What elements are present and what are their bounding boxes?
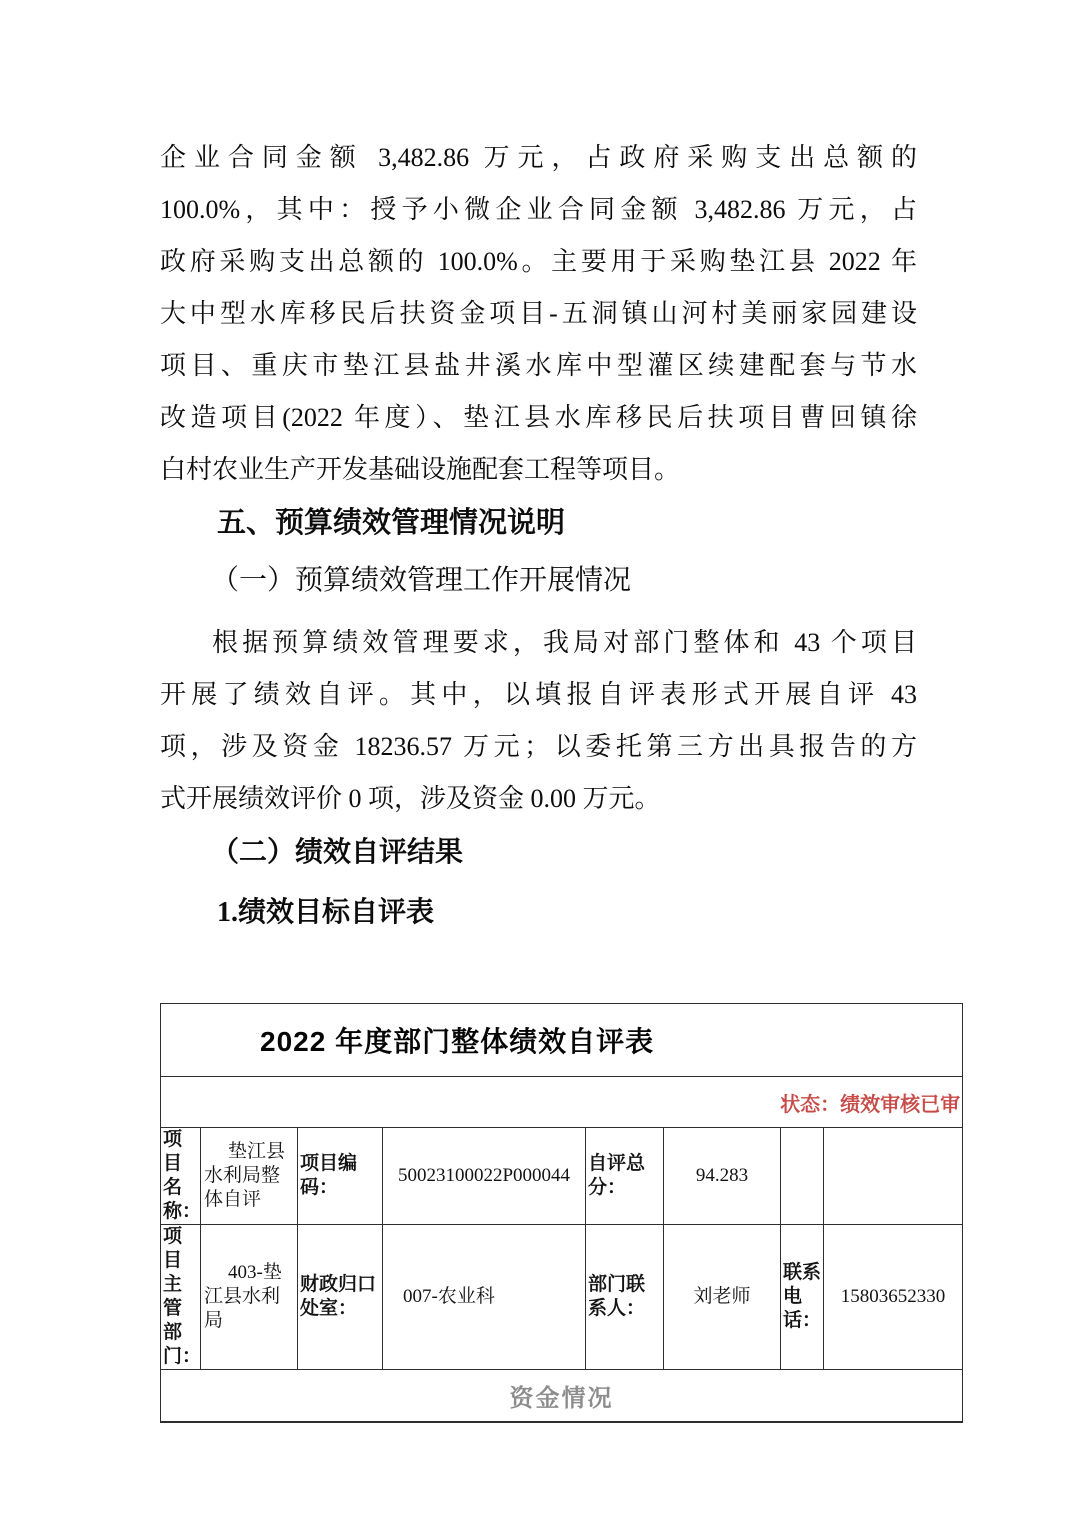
self-score-label: 自评总分：	[586, 1128, 664, 1225]
funds-section-cell: 资金情况	[161, 1370, 963, 1423]
finance-office-label: 财政归口处室：	[298, 1225, 383, 1370]
text-line: 项，涉及资金 18236.57 万元；以委托第三方出具报告的方	[160, 721, 917, 773]
text-line: 政府采购支出总额的 100.0%。主要用于采购垫江县 2022 年	[160, 236, 917, 288]
project-name-label: 项目名称：	[161, 1128, 201, 1225]
paragraph-performance-review: 根据预算绩效管理要求，我局对部门整体和 43 个项目 开展了绩效自评。其中，以填…	[160, 617, 917, 825]
heading-sub-2: （二）绩效自评结果	[160, 832, 463, 874]
text-line: 项目、重庆市垫江县盐井溪水库中型灌区续建配套与节水	[160, 340, 917, 392]
project-name-value: 垫江县水利局整体自评	[201, 1128, 298, 1225]
self-score-value: 94.283	[664, 1128, 781, 1225]
dept-contact-label: 部门联系人：	[586, 1225, 664, 1370]
text-line: 100.0%，其中：授予小微企业合同金额 3,482.86 万元，占	[160, 184, 917, 236]
finance-office-value: 007-农业科	[383, 1225, 586, 1370]
document-page: 企业合同金额 3,482.86 万元，占政府采购支出总额的 100.0%，其中：…	[0, 0, 1075, 1521]
supervising-dept-label: 项目主管部门：	[161, 1225, 201, 1370]
paragraph-procurement: 企业合同金额 3,482.86 万元，占政府采购支出总额的 100.0%，其中：…	[160, 132, 917, 496]
contact-phone-value: 15803652330	[824, 1225, 963, 1370]
table-title-cell: 2022 年度部门整体绩效自评表	[161, 1004, 963, 1077]
heading-item-1: 1.绩效目标自评表	[160, 892, 434, 934]
text-line: 改造项目(2022 年度）、垫江县水库移民后扶项目曹回镇徐	[160, 392, 917, 444]
dept-contact-value: 刘老师	[664, 1225, 781, 1370]
empty-cell	[781, 1128, 824, 1225]
project-code-label: 项目编码：	[298, 1128, 383, 1225]
heading-section-5: 五、预算绩效管理情况说明	[160, 502, 565, 544]
text-line: 大中型水库移民后扶资金项目-五洞镇山河村美丽家园建设	[160, 288, 917, 340]
text-line: 白村农业生产开发基础设施配套工程等项目。	[160, 444, 917, 496]
table-row: 项目主管部门： 403-垫江县水利局 财政归口处室： 007-农业科 部门联系人…	[161, 1225, 963, 1370]
status-text: 状态：绩效审核已审	[162, 1088, 961, 1117]
table-title: 2022 年度部门整体绩效自评表	[162, 1020, 961, 1060]
empty-cell	[824, 1128, 963, 1225]
text-line: 企业合同金额 3,482.86 万元，占政府采购支出总额的	[160, 132, 917, 184]
table-status-row: 状态：绩效审核已审	[161, 1077, 963, 1128]
contact-phone-label: 联系电话：	[781, 1225, 824, 1370]
funds-section-title: 资金情况	[162, 1378, 961, 1413]
status-cell: 状态：绩效审核已审	[161, 1077, 963, 1128]
text-line: 式开展绩效评价 0 项，涉及资金 0.00 万元。	[160, 773, 917, 825]
table-title-row: 2022 年度部门整体绩效自评表	[161, 1004, 963, 1077]
evaluation-table: 2022 年度部门整体绩效自评表 状态：绩效审核已审 项目名称： 垫江县水利局整…	[160, 1003, 963, 1423]
table-row: 项目名称： 垫江县水利局整体自评 项目编码： 50023100022P00004…	[161, 1128, 963, 1225]
heading-sub-1: （一）预算绩效管理工作开展情况	[160, 560, 631, 602]
text-line: 开展了绩效自评。其中，以填报自评表形式开展自评 43	[160, 669, 917, 721]
text-line: 根据预算绩效管理要求，我局对部门整体和 43 个项目	[160, 617, 917, 669]
supervising-dept-value: 403-垫江县水利局	[201, 1225, 298, 1370]
project-code-value: 50023100022P000044	[383, 1128, 586, 1225]
funds-section-row: 资金情况	[161, 1370, 963, 1423]
